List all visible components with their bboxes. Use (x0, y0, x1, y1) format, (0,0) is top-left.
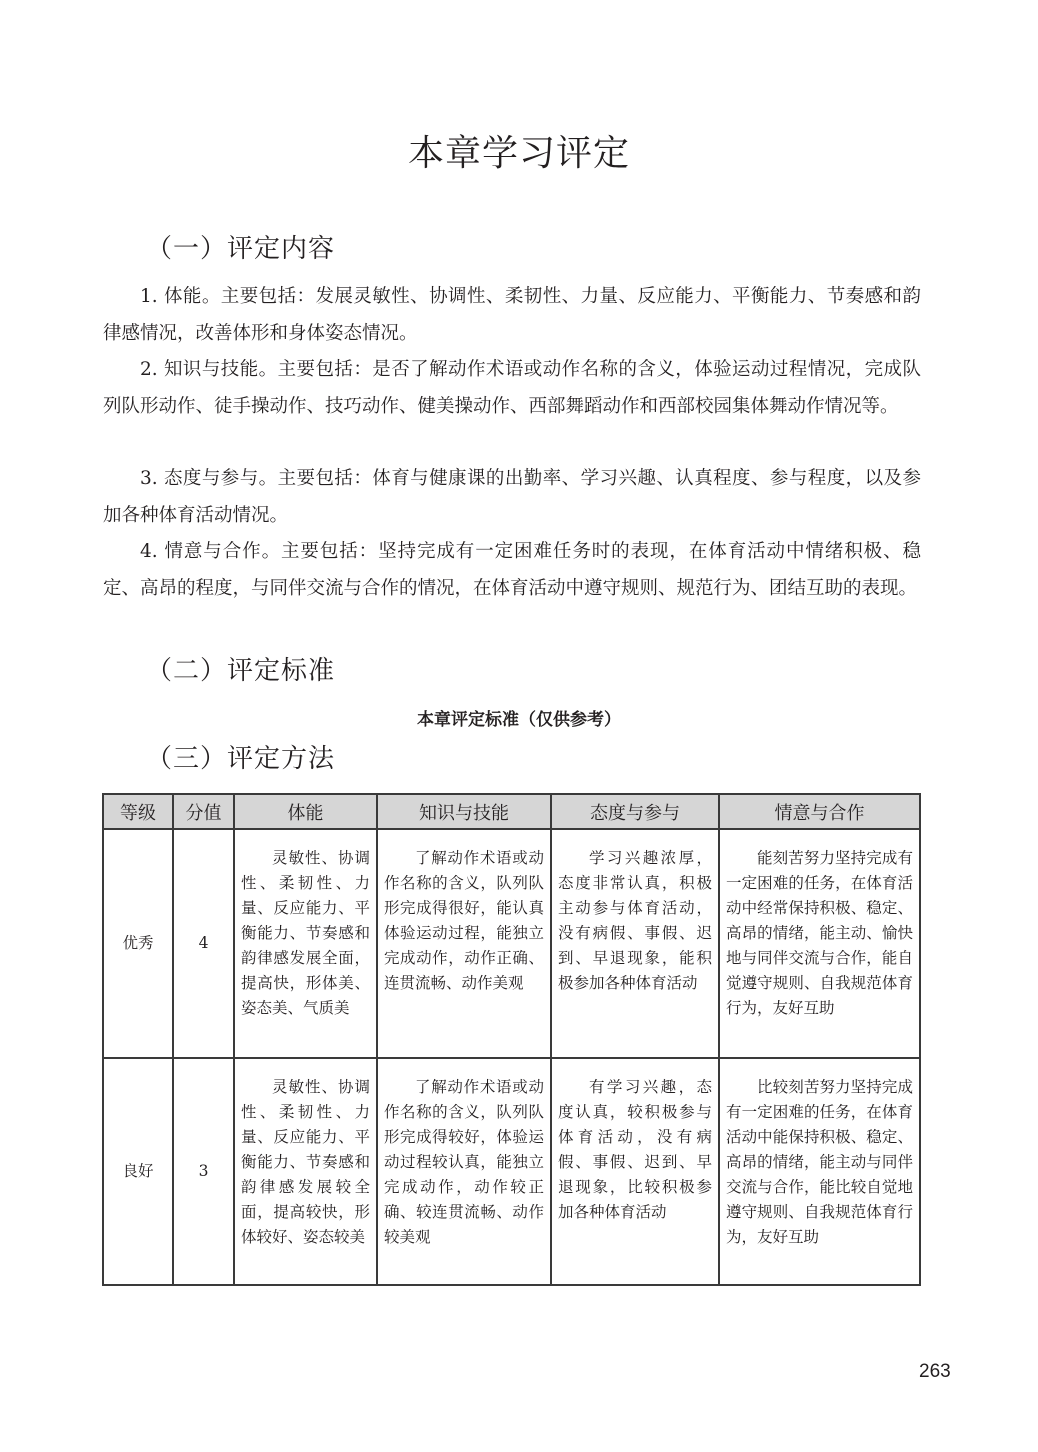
header-attitude: 态度与参与 (551, 794, 719, 829)
cell-knowledge: 了解动作术语或动作名称的含义，队列队形完成得较好，体验运动过程较认真，能独立完成… (377, 1058, 551, 1285)
section-heading-content: （一）评定内容 (146, 228, 335, 265)
paragraph-physical: 1. 体能。主要包括：发展灵敏性、协调性、柔韧性、力量、反应能力、平衡能力、节奏… (103, 279, 921, 352)
cell-grade: 优秀 (103, 829, 173, 1058)
cell-score: 3 (173, 1058, 234, 1285)
header-score: 分值 (173, 794, 234, 829)
cell-text: 灵敏性、协调性、柔韧性、力量、反应能力、平衡能力、节奏感和韵律感发展全面，提高快… (241, 846, 370, 1021)
section-heading-standard: （二）评定标准 (146, 650, 335, 687)
section-heading-method: （三）评定方法 (146, 738, 335, 775)
header-emotion: 情意与合作 (719, 794, 920, 829)
header-physical: 体能 (234, 794, 377, 829)
cell-physical: 灵敏性、协调性、柔韧性、力量、反应能力、平衡能力、节奏感和韵律感发展较全面，提高… (234, 1058, 377, 1285)
table-row: 优秀 4 灵敏性、协调性、柔韧性、力量、反应能力、平衡能力、节奏感和韵律感发展全… (103, 829, 920, 1058)
cell-knowledge: 了解动作术语或动作名称的含义，队列队形完成得很好，能认真体验运动过程，能独立完成… (377, 829, 551, 1058)
paragraph-knowledge: 2. 知识与技能。主要包括：是否了解动作术语或动作名称的含义，体验运动过程情况，… (103, 352, 921, 425)
table-row: 良好 3 灵敏性、协调性、柔韧性、力量、反应能力、平衡能力、节奏感和韵律感发展较… (103, 1058, 920, 1285)
cell-physical: 灵敏性、协调性、柔韧性、力量、反应能力、平衡能力、节奏感和韵律感发展全面，提高快… (234, 829, 377, 1058)
cell-attitude: 学习兴趣浓厚，态度非常认真，积极主动参与体育活动，没有病假、事假、迟到、早退现象… (551, 829, 719, 1058)
cell-text: 学习兴趣浓厚，态度非常认真，积极主动参与体育活动，没有病假、事假、迟到、早退现象… (558, 846, 712, 996)
header-grade: 等级 (103, 794, 173, 829)
cell-attitude: 有学习兴趣，态度认真，较积极参与体育活动，没有病假、事假、迟到、早退现象，比较积… (551, 1058, 719, 1285)
cell-text: 有学习兴趣，态度认真，较积极参与体育活动，没有病假、事假、迟到、早退现象，比较积… (558, 1075, 712, 1225)
cell-text: 能刻苦努力坚持完成有一定困难的任务，在体育活动中经常保持积极、稳定、高昂的情绪，… (726, 846, 913, 1021)
grading-table: 等级 分值 体能 知识与技能 态度与参与 情意与合作 优秀 4 灵敏性、协调性、… (102, 793, 921, 1286)
page-title: 本章学习评定 (0, 125, 1038, 176)
paragraph-emotion: 4. 情意与合作。主要包括：坚持完成有一定困难任务时的表现，在体育活动中情绪积极… (103, 534, 921, 607)
cell-emotion: 比较刻苦努力坚持完成有一定困难的任务，在体育活动中能保持积极、稳定、高昂的情绪，… (719, 1058, 920, 1285)
cell-emotion: 能刻苦努力坚持完成有一定困难的任务，在体育活动中经常保持积极、稳定、高昂的情绪，… (719, 829, 920, 1058)
header-knowledge: 知识与技能 (377, 794, 551, 829)
paragraph-attitude: 3. 态度与参与。主要包括：体育与健康课的出勤率、学习兴趣、认真程度、参与程度，… (103, 461, 921, 534)
cell-text: 灵敏性、协调性、柔韧性、力量、反应能力、平衡能力、节奏感和韵律感发展较全面，提高… (241, 1075, 370, 1250)
cell-text: 了解动作术语或动作名称的含义，队列队形完成得很好，能认真体验运动过程，能独立完成… (384, 846, 544, 996)
cell-text: 了解动作术语或动作名称的含义，队列队形完成得较好，体验运动过程较认真，能独立完成… (384, 1075, 544, 1250)
cell-grade: 良好 (103, 1058, 173, 1285)
table-caption: 本章评定标准（仅供参考） (0, 705, 1038, 730)
table-header-row: 等级 分值 体能 知识与技能 态度与参与 情意与合作 (103, 794, 920, 829)
page-number: 263 (919, 1361, 951, 1383)
cell-score: 4 (173, 829, 234, 1058)
cell-text: 比较刻苦努力坚持完成有一定困难的任务，在体育活动中能保持积极、稳定、高昂的情绪，… (726, 1075, 913, 1250)
